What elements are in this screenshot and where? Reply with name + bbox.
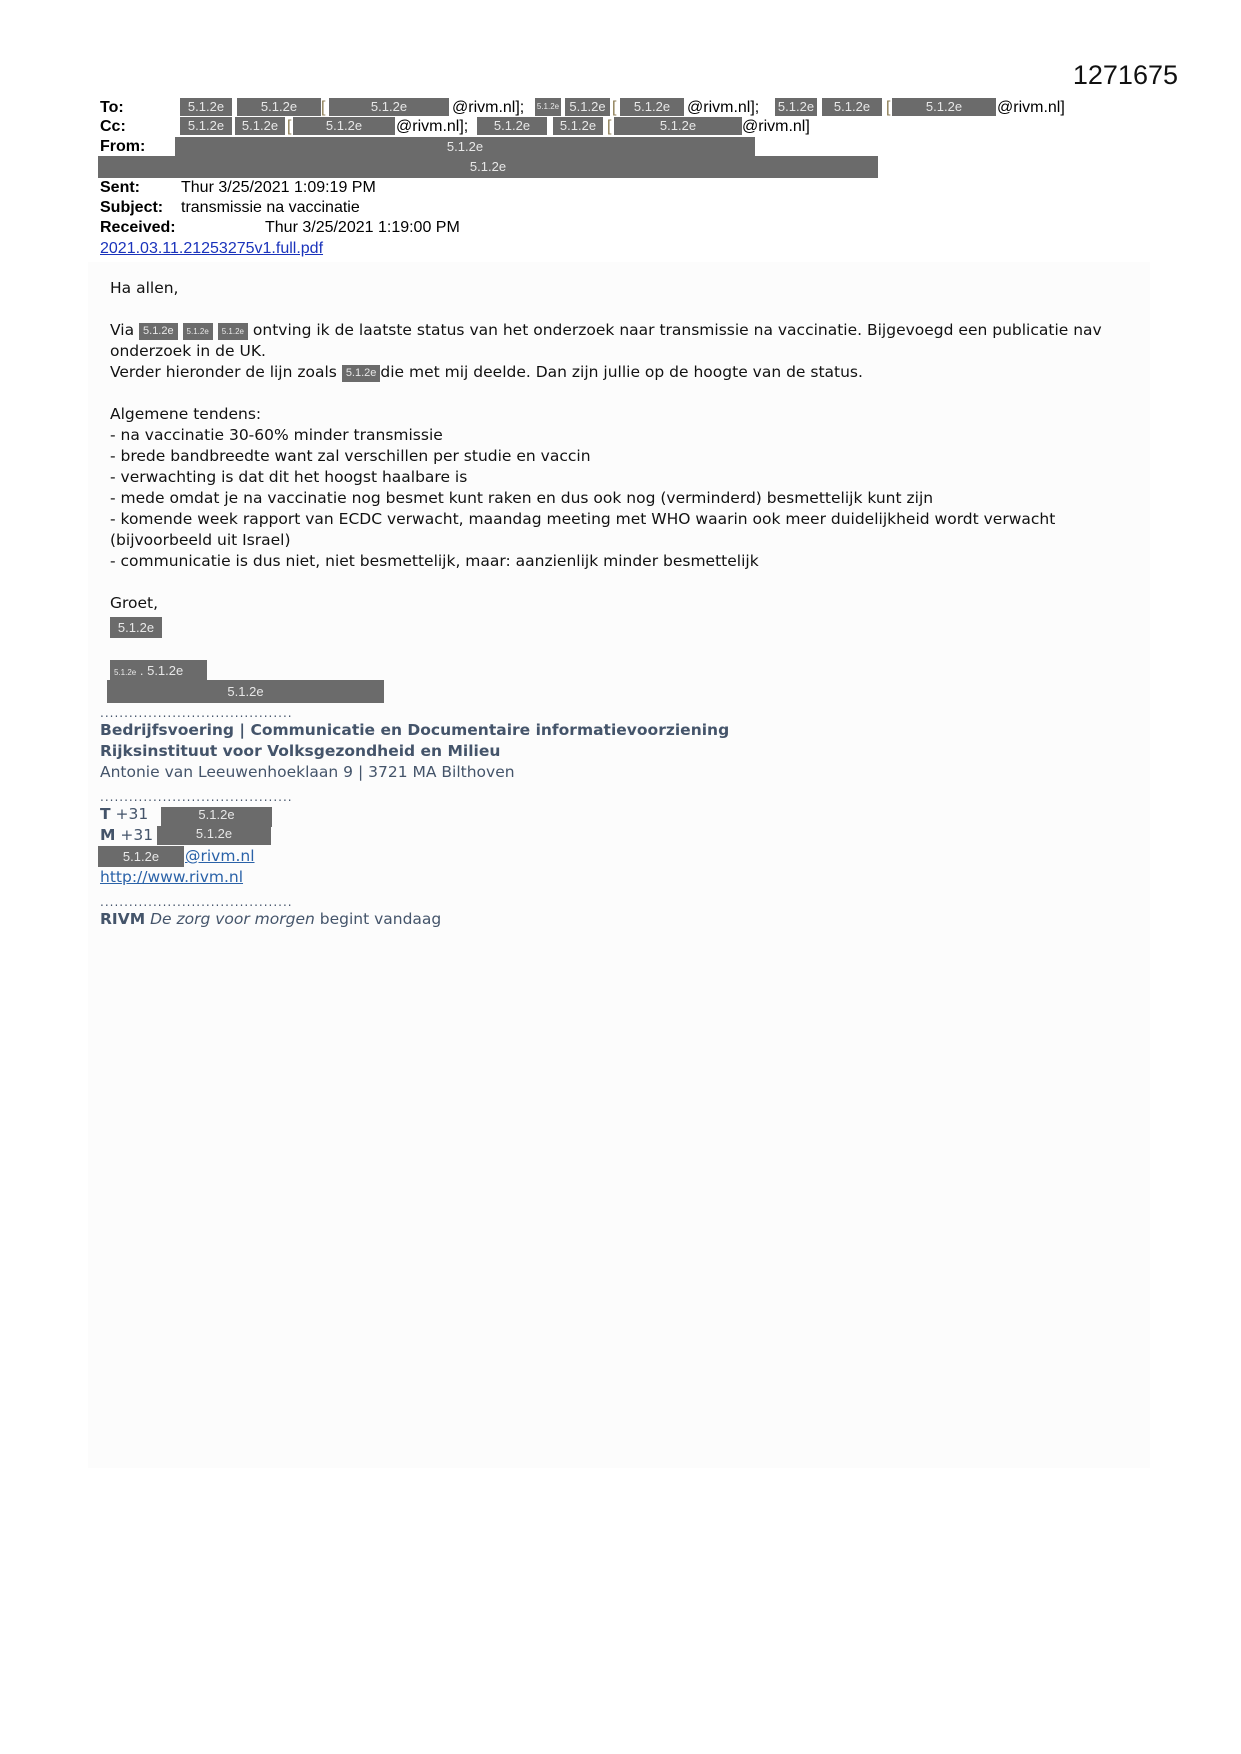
paragraph-1: Via 5.1.2e 5.1.2e 5.1.2e ontving ik de l…	[110, 320, 1120, 362]
redaction: 5.1.2e	[183, 323, 213, 340]
cc-email-domain: @rivm.nl]	[742, 117, 810, 137]
redaction: 5.1.2e	[107, 680, 384, 703]
received-label: Received:	[100, 218, 176, 238]
institute: Rijksinstituut voor Volksgezondheid en M…	[100, 741, 500, 762]
tendens-heading: Algemene tendens:	[110, 404, 1120, 425]
received-value: Thur 3/25/2021 1:19:00 PM	[265, 218, 460, 238]
redaction: 5.1.2e	[822, 98, 882, 116]
redaction: 5.1.2e	[180, 98, 232, 116]
paragraph-2: Verder hieronder de lijn zoals 5.1.2edie…	[110, 362, 1120, 383]
bullet-item: - brede bandbreedte want zal verschillen…	[110, 446, 1120, 467]
redaction: 5.1.2e	[293, 117, 395, 135]
department: Bedrijfsvoering | Communicatie en Docume…	[100, 720, 729, 741]
redaction: 5.1.2e	[237, 98, 321, 116]
subject-value: transmissie na vaccinatie	[181, 198, 360, 218]
to-label: To:	[100, 98, 124, 118]
tagline: RIVM De zorg voor morgen begint vandaag	[100, 909, 441, 930]
redaction: 5.1.2e	[477, 117, 547, 135]
bullet-item: - komende week rapport van ECDC verwacht…	[110, 509, 1120, 551]
redaction: 5.1.2e	[98, 156, 878, 178]
bullet-item: - mede omdat je na vaccinatie nog besmet…	[110, 488, 1120, 509]
closing: Groet,	[110, 593, 1120, 614]
address: Antonie van Leeuwenhoeklaan 9 | 3721 MA …	[100, 762, 515, 783]
redaction: 5.1.2e	[175, 137, 755, 157]
redaction: 5.1.2e	[892, 98, 996, 116]
phone-m: M +31	[100, 825, 153, 846]
email-link[interactable]: @rivm.nl	[185, 846, 255, 867]
redaction: 5.1.2e	[329, 98, 449, 116]
bracket: [	[886, 98, 890, 118]
bracket: [	[287, 117, 291, 137]
redaction: 5.1.2e	[553, 117, 603, 135]
cc-email-domain: @rivm.nl];	[396, 117, 468, 137]
from-label: From:	[100, 137, 145, 157]
to-email-domain: @rivm.nl]	[997, 98, 1065, 118]
redaction: 5.1.2e	[161, 807, 272, 827]
bullet-item: - verwachting is dat dit het hoogst haal…	[110, 467, 1120, 488]
redaction: 5.1.2e	[614, 117, 742, 135]
redaction: 5.1.2e	[775, 98, 817, 116]
sent-value: Thur 3/25/2021 1:09:19 PM	[181, 178, 376, 198]
attachment-link[interactable]: 2021.03.11.21253275v1.full.pdf	[100, 240, 323, 258]
email-body: Ha allen, Via 5.1.2e 5.1.2e 5.1.2e ontvi…	[110, 278, 1120, 614]
redaction: 5.1.2e	[139, 323, 178, 340]
sent-label: Sent:	[100, 178, 140, 198]
redaction: 5.1.2e	[110, 617, 162, 638]
document-number: 1271675	[1073, 60, 1178, 91]
cc-label: Cc:	[100, 117, 126, 137]
bracket: [	[607, 117, 611, 137]
bullet-item: - na vaccinatie 30-60% minder transmissi…	[110, 425, 1120, 446]
redaction: 5.1.2e	[235, 117, 285, 135]
redaction: 5.1.2e	[157, 826, 271, 845]
bullet-item: - communicatie is dus niet, niet besmett…	[110, 551, 1120, 572]
website-link[interactable]: http://www.rivm.nl	[100, 867, 243, 888]
greeting: Ha allen,	[110, 278, 1120, 299]
bracket: [	[321, 98, 325, 118]
redaction: 5.1.2e . 5.1.2e	[110, 660, 207, 681]
phone-t: T +31	[100, 804, 148, 825]
redaction: 5.1.2e	[535, 98, 561, 116]
redaction: 5.1.2e	[180, 117, 232, 135]
to-email-domain: @rivm.nl];	[687, 98, 759, 118]
subject-label: Subject:	[100, 198, 163, 218]
redaction: 5.1.2e	[342, 365, 381, 382]
redaction: 5.1.2e	[620, 98, 684, 116]
redaction: 5.1.2e	[98, 846, 184, 867]
to-email-domain: @rivm.nl];	[452, 98, 524, 118]
redaction: 5.1.2e	[565, 98, 610, 116]
redaction: 5.1.2e	[218, 323, 248, 340]
bracket: [	[612, 98, 616, 118]
